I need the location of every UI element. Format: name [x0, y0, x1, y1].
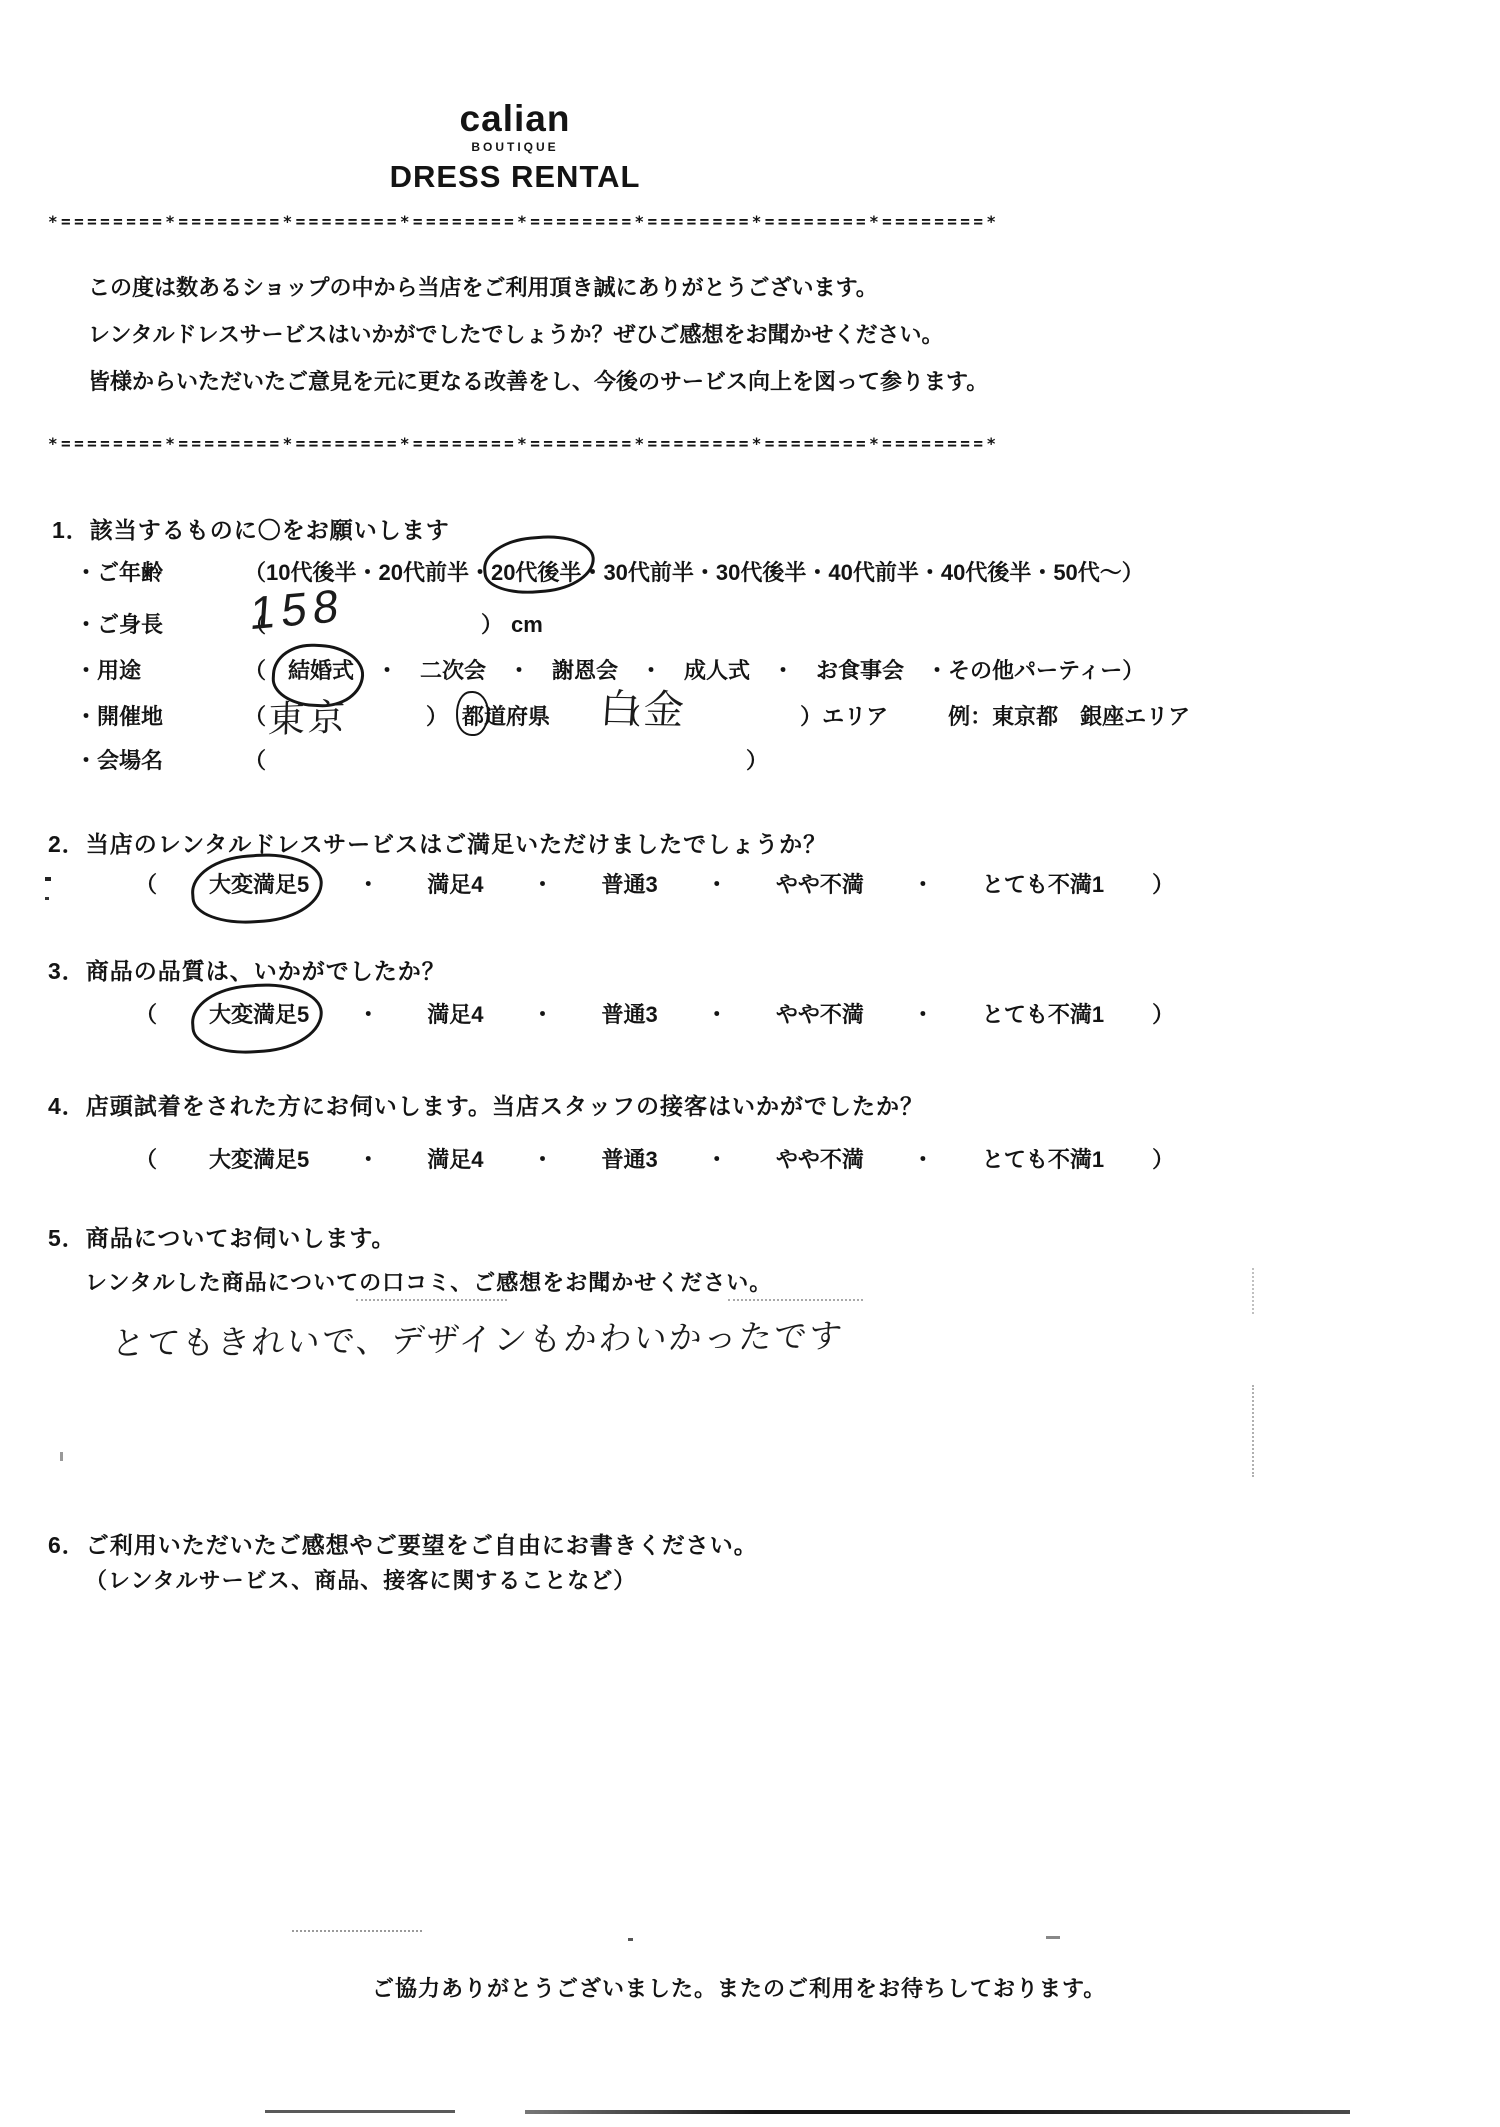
age-options-pre: （10代後半・20代前半・: [244, 560, 491, 585]
venue-paren-close: ）: [746, 748, 768, 773]
rating-dot: ・: [532, 1002, 554, 1027]
purpose-circled-text: 結婚式: [288, 658, 354, 683]
place-paren-open: （: [244, 704, 266, 729]
rating-dot: ・: [532, 1147, 554, 1172]
purpose-label: ・用途: [75, 654, 244, 685]
rating-option-1: とても不満1: [982, 872, 1104, 897]
question-2-title: 2．当店のレンタルドレスサービスはご満足いただけましたでしょうか？: [48, 826, 827, 859]
scan-artifact-speck: [45, 877, 51, 881]
age-label: ・ご年齢: [75, 556, 244, 587]
rating-paren-open: （: [135, 1147, 157, 1172]
rating-option-5: 大変満足5: [209, 1147, 309, 1172]
area-paren-close: ）エリア: [800, 704, 888, 729]
purpose-options-post: ・ 二次会 ・ 謝恩会 ・ 成人式 ・ お食事会 ・その他パーティー）: [354, 658, 1144, 683]
question-6-title: 6．ご利用いただいたご感想やご要望をご自由にお書きください。: [48, 1527, 758, 1560]
q3-rating-row: （大変満足5・満足4・普通3・やや不満・とても不満1）: [135, 998, 1174, 1029]
question-4-title: 4．店頭試着をされた方にお伺いします。当店スタッフの接客はいかがでしたか？: [48, 1088, 924, 1121]
rating-option-2: やや不満: [776, 872, 864, 897]
handwritten-comment: とてもきれいで、デザインもかわいかったです: [110, 1310, 846, 1365]
q2-rating-row: （大変満足5・満足4・普通3・やや不満・とても不満1）: [135, 868, 1174, 899]
question-5-subtitle: レンタルした商品についての口コミ、ご感想をお聞かせください。: [85, 1266, 772, 1297]
handwritten-prefecture: 東京: [267, 687, 349, 744]
rating-option-3: 普通3: [602, 1147, 658, 1172]
footer-thanks-note: ご協力ありがとうございました。またのご利用をお待ちしております。: [372, 1972, 1106, 2003]
purpose-options-pre: （: [244, 658, 288, 683]
venue-blank: [266, 766, 746, 768]
rating-option-5: 大変満足5: [209, 872, 309, 897]
rating-dot: ・: [357, 872, 379, 897]
rating-option-1: とても不満1: [982, 1002, 1104, 1027]
question-6-subtitle: （レンタルサービス、商品、接客に関することなど）: [85, 1564, 636, 1595]
rating-dot: ・: [532, 872, 554, 897]
venue-paren-open: （: [244, 748, 266, 773]
intro-line-3: 皆様からいただいたご意見を元に更なる改善をし、今後のサービス向上を図って参ります…: [88, 358, 988, 405]
scanned-survey-document: calian BOUTIQUE DRESS RENTAL *========*=…: [0, 0, 1500, 2127]
rating-option-4: 満足4: [427, 1147, 483, 1172]
venue-label: ・会場名: [75, 744, 244, 775]
place-example: 例：東京都 銀座エリア: [948, 704, 1190, 729]
age-options-post: ・30代前半・30代後半・40代前半・40代後半・50代～）: [581, 560, 1143, 585]
page-title: DRESS RENTAL: [0, 159, 1030, 195]
scan-artifact-dotted-line: [728, 1299, 863, 1301]
q2-rating-option-circled: 大変満足5: [209, 868, 309, 899]
rating-option-4: 満足4: [427, 872, 483, 897]
venue-row: ・会場名（）: [75, 744, 768, 775]
intro-paragraph: この度は数あるショップの中から当店をご利用頂き誠にありがとうございます。 レンタ…: [88, 264, 988, 405]
question-1-title: 1．該当するものに〇をお願いします: [52, 512, 450, 545]
rating-paren-close: ）: [1152, 1002, 1174, 1027]
rating-paren-close: ）: [1152, 872, 1174, 897]
rating-option-3: 普通3: [602, 872, 658, 897]
handwritten-area: 白金: [598, 677, 690, 735]
rating-dot: ・: [912, 1002, 934, 1027]
rating-paren-close: ）: [1152, 1147, 1174, 1172]
intro-line-2: レンタルドレスサービスはいかがでしたでしょうか？ぜひご感想をお聞かせください。: [88, 311, 988, 358]
prefecture-first-char: 都: [462, 704, 484, 729]
rating-dot: ・: [912, 1147, 934, 1172]
rating-option-2: やや不満: [776, 1002, 864, 1027]
scan-artifact-bottom-line: [265, 2110, 455, 2113]
rating-dot: ・: [706, 1147, 728, 1172]
rating-dot: ・: [357, 1002, 379, 1027]
rating-option-1: とても不満1: [982, 1147, 1104, 1172]
rating-option-5: 大変満足5: [209, 1002, 309, 1027]
age-option-circled: 20代後半: [491, 556, 581, 587]
question-5-title: 5．商品についてお伺いします。: [48, 1220, 396, 1253]
rating-option-4: 満足4: [427, 1002, 483, 1027]
place-paren-close: ）: [426, 704, 448, 729]
height-label: ・ご身長: [75, 608, 244, 639]
brand-header: calian BOUTIQUE DRESS RENTAL: [0, 100, 1030, 195]
scan-artifact-speck: [60, 1452, 63, 1461]
age-circled-text: 20代後半: [491, 560, 581, 585]
brand-logo: calian: [0, 100, 1030, 137]
prefecture-word: 都道府県: [462, 704, 550, 729]
height-unit: cm: [511, 612, 543, 637]
age-row: ・ご年齢（10代後半・20代前半・20代後半・30代前半・30代後半・40代前半…: [75, 556, 1144, 587]
place-label: ・開催地: [75, 700, 244, 731]
scan-artifact-bottom-line: [525, 2110, 1350, 2114]
rating-dot: ・: [706, 1002, 728, 1027]
scan-artifact-dotted-line: [292, 1930, 422, 1932]
scan-artifact-speck: [1046, 1936, 1060, 1939]
scan-artifact-speck: [628, 1938, 633, 1941]
prefecture-char-circled: 都: [462, 700, 484, 731]
scan-artifact-vertical-dots: [1252, 1385, 1254, 1477]
rating-paren-open: （: [135, 872, 157, 897]
separator-line-top: *========*========*========*========*===…: [48, 212, 999, 231]
question-3-title: 3．商品の品質は、いかがでしたか？: [48, 953, 446, 986]
rating-option-3: 普通3: [602, 1002, 658, 1027]
scan-artifact-speck: [45, 897, 49, 900]
prefecture-rest: 道府県: [484, 704, 550, 729]
scan-artifact-vertical-dots: [1252, 1268, 1254, 1314]
rating-dot: ・: [912, 872, 934, 897]
q4-rating-row: （大変満足5・満足4・普通3・やや不満・とても不満1）: [135, 1143, 1174, 1174]
rating-option-2: やや不満: [776, 1147, 864, 1172]
brand-sub-label: BOUTIQUE: [0, 140, 1030, 154]
separator-line-bottom: *========*========*========*========*===…: [48, 434, 999, 453]
rating-paren-open: （: [135, 1002, 157, 1027]
scan-artifact-dotted-line: [356, 1299, 507, 1301]
intro-line-1: この度は数あるショップの中から当店をご利用頂き誠にありがとうございます。: [88, 264, 988, 311]
height-paren-close: ）: [481, 612, 503, 637]
handwritten-height-value: 158: [248, 578, 346, 641]
rating-dot: ・: [357, 1147, 379, 1172]
q3-rating-option-circled: 大変満足5: [209, 998, 309, 1029]
rating-dot: ・: [706, 872, 728, 897]
purpose-option-circled: 結婚式: [288, 654, 354, 685]
